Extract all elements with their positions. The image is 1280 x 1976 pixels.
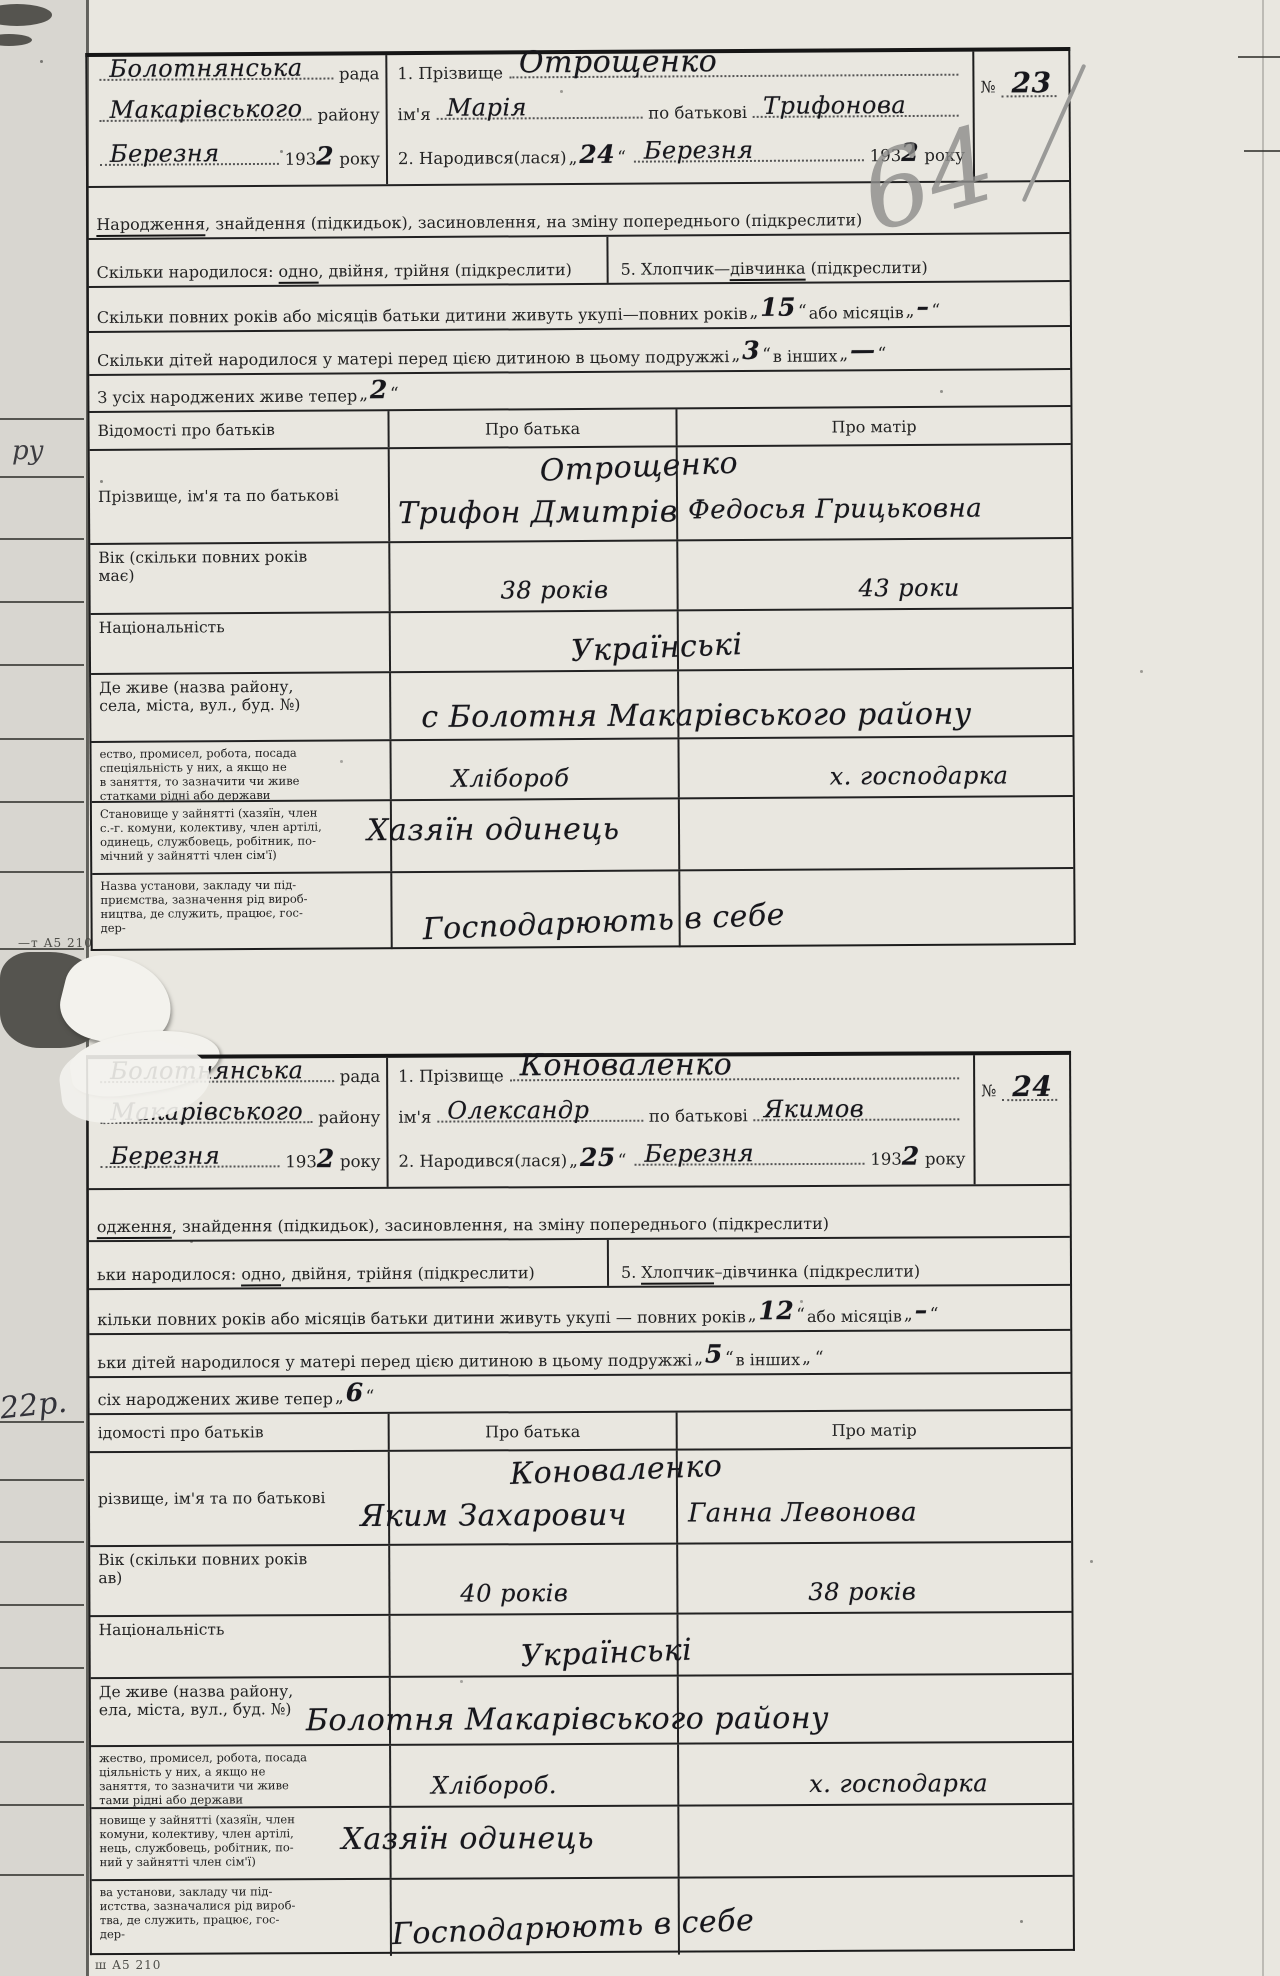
alive-now-value: 6	[346, 1379, 364, 1408]
occupation-label-line: жество, промисел, робота, посада	[99, 1750, 381, 1765]
previous-children-text: Скільки дітей народилося у матері перед …	[97, 348, 729, 370]
born-day-handwriting: 25	[580, 1143, 616, 1172]
multiplicity-underlined: одно	[278, 261, 318, 283]
form1-header-left: Болотнянська рада Макарівського району Б…	[87, 55, 388, 186]
year-digit-handwriting: 2	[317, 1144, 335, 1173]
social-status-handwriting: Хазяїн одинець	[341, 1821, 594, 1857]
occupation-row: ество, промисел, робота, посада спеціяль…	[91, 737, 1072, 803]
nationality-mother-cell	[678, 1613, 1071, 1675]
alive-now-row: сіх народжених живе тепер „6“	[89, 1374, 1070, 1415]
sex-rest: (підкреслити)	[798, 1261, 920, 1281]
social-status-row: Становище у зайнятті (хазяїн, член с.-г.…	[92, 797, 1073, 875]
mother-age-handwriting: 38 років	[808, 1578, 916, 1606]
residence-label-line2: села, міста, вул., буд. №)	[99, 696, 300, 715]
record-number-box: № 24	[973, 1055, 1070, 1184]
father-name-handwriting: Трифон Дмитрів	[398, 494, 678, 531]
sex-boy: Хлопчик	[641, 259, 714, 278]
margin-ruled-line	[0, 1604, 84, 1606]
social-status-label-line: комуни, колективу, член артілі,	[99, 1826, 381, 1841]
residence-row: Де живе (назва району, ела, міста, вул.,…	[91, 1675, 1072, 1747]
rayon-handwriting: Макарівського	[110, 95, 303, 124]
father-occupation-cell: Хлібороб	[391, 739, 679, 799]
margin-ruled-line	[0, 738, 84, 740]
event-type-rest: , знайдення (підкидьок), засиновлення, н…	[172, 1214, 829, 1236]
previous-children-value: 3	[742, 337, 760, 366]
months-value: –	[916, 293, 929, 322]
name-handwriting: Олександр	[447, 1096, 589, 1125]
margin-ruled-line	[0, 664, 84, 666]
sex-cell: 5. Хлопчик—дівчинка (підкреслити)	[608, 230, 1069, 283]
social-status-mother-cell	[679, 1805, 1072, 1877]
patronymic-handwriting: Трифонова	[763, 91, 906, 120]
sex-boy-underlined: Хлопчик	[641, 1262, 714, 1284]
alive-now-text: З усіх народжених живе тепер	[97, 387, 357, 407]
rada-handwriting: Болотнянська	[109, 54, 302, 83]
in-others-value: —	[850, 336, 876, 365]
surname-handwriting: Коноваленко	[520, 1047, 733, 1083]
age-label: Вік (скільки повних років має)	[90, 543, 390, 613]
sex-cell: 5. Хлопчик–дівчинка (підкреслити)	[609, 1234, 1070, 1286]
margin-ruled-line	[0, 1667, 84, 1669]
rayon-label: району	[318, 1108, 380, 1127]
mother-occupation-handwriting: х. господарка	[830, 761, 1009, 790]
in-others-text: в інших	[773, 347, 838, 366]
previous-children-value: 5	[705, 1341, 723, 1370]
year-prefix: 193	[870, 1150, 902, 1169]
name-line: ім'я Олександр по батькові Якимов	[398, 1100, 965, 1143]
paper-specks	[40, 60, 43, 63]
years-together-value: 15	[760, 294, 796, 323]
mother-age-cell: 38 років	[678, 1543, 1071, 1613]
margin-ruled-line	[0, 1874, 84, 1876]
organization-label: ва установи, закладу чи під- истства, за…	[92, 1880, 392, 1957]
years-together-text: Скільки повних років або місяців батьки …	[97, 305, 748, 327]
in-others-text: в інших	[736, 1351, 801, 1370]
number-label: №	[980, 77, 995, 96]
social-status-row: новище у зайнятті (хазяїн, член комуни, …	[91, 1805, 1072, 1881]
age-row: Вік (скільки повних років має) 38 років …	[90, 539, 1071, 615]
organization-label-line: тва, де служить, працює, гос-	[100, 1912, 382, 1927]
organization-row: Назва установи, закладу чи під- приємств…	[92, 869, 1073, 951]
rada-label: рада	[340, 1067, 380, 1086]
social-status-label-line: нець, службовець, робітник, по-	[99, 1840, 381, 1855]
multiplicity-prefix: ьки народилося:	[97, 1264, 241, 1284]
age-row: Вік (скільки повних років ав) 40 років 3…	[90, 1543, 1071, 1617]
social-status-label-line: мічний у зайнятті член сім'ї)	[100, 847, 382, 863]
multiplicity-prefix: Скільки народилося:	[97, 261, 279, 281]
rada-label: рада	[339, 64, 380, 83]
multiplicity-rest: , двійня, трійня (підкреслити)	[281, 1263, 535, 1283]
social-status-label-line: ний у зайнятті член сім'ї)	[100, 1854, 382, 1869]
residence-label-line1: Де живе (назва району,	[99, 678, 293, 697]
event-type-underlined: одження	[97, 1216, 172, 1238]
previous-children-row: ьки дітей народилося у матері перед цією…	[89, 1331, 1070, 1378]
parents-name-row: Прізвище, ім'я та по батькові Трифон Дми…	[90, 445, 1072, 545]
occupation-label: ество, промисел, робота, посада спеціяль…	[91, 741, 391, 801]
birth-record-form-2: Болотнянська рада Макарівського району Б…	[86, 1051, 1075, 1955]
social-status-label-line: новище у зайнятті (хазяїн, член	[99, 1812, 381, 1827]
occupation-row: жество, промисел, робота, посада ціяльні…	[91, 1743, 1072, 1809]
organization-label-line: ва установи, закладу чи під-	[100, 1884, 382, 1899]
sex-girl: дівчинка	[722, 1262, 798, 1281]
margin-ruled-line	[0, 601, 84, 603]
or-months-text: або місяців	[809, 304, 904, 323]
sex-girl-underlined: дівчинка	[730, 258, 806, 280]
parents-name-label: Прізвище, ім'я та по батькові	[90, 449, 391, 543]
residence-handwriting: с Болотня Макарівського району	[421, 697, 972, 735]
year-digit-handwriting: 2	[902, 1142, 920, 1171]
years-together-row: Скільки повних років або місяців батьки …	[89, 282, 1070, 333]
or-months-text: або місяців	[807, 1307, 902, 1326]
organization-label-line: дер-	[100, 1926, 382, 1941]
edge-scan-line	[1238, 56, 1280, 58]
parents-info-header: ідомості про батьків	[90, 1414, 390, 1451]
mother-column-header: Про матір	[677, 407, 1070, 445]
father-age-cell: 40 років	[390, 1545, 678, 1614]
mother-name-handwriting: Ганна Левонова	[688, 1498, 917, 1529]
age-label-line1: Вік (скільки повних років	[98, 1550, 307, 1569]
surname-label: 1. Прізвище	[397, 64, 503, 84]
organization-label-line: истства, зазначалися рід вироб-	[100, 1898, 382, 1913]
multiplicity-cell: ьки народилося: одно, двійня, трійня (пі…	[89, 1240, 609, 1288]
mother-occupation-cell: х. господарка	[679, 1743, 1072, 1805]
born-label: 2. Народився(лася)	[398, 1151, 567, 1171]
alive-now-value: 2	[370, 376, 388, 405]
name-label: ім'я	[398, 1108, 431, 1127]
occupation-label-line: ціяльність у них, а якщо не	[99, 1764, 381, 1779]
age-label-line2: ав)	[98, 1569, 122, 1587]
nationality-handwriting: Українські	[520, 1633, 693, 1675]
born-line: 2. Народився(лася) „25“ Березня 193 2 ро…	[398, 1141, 965, 1184]
parents-name-label: різвище, ім'я та по батькові	[90, 1452, 390, 1545]
mother-column-header: Про матір	[678, 1411, 1071, 1449]
parents-table-header: Відомості про батьків Про батька Про мат…	[89, 407, 1070, 451]
mother-occupation-cell: х. господарка	[679, 737, 1072, 797]
parents-name-row: різвище, ім'я та по батькові Яким Захаро…	[90, 1449, 1071, 1547]
form2-header-main: 1. Прізвище Коноваленко ім'я Олександр п…	[388, 1055, 974, 1187]
residence-label: Де живе (назва району, села, міста, вул.…	[91, 673, 391, 741]
nationality-handwriting: Українські	[570, 627, 743, 669]
margin-ruled-line	[0, 538, 84, 540]
multiplicity-rest: , двійня, трійня (підкреслити)	[318, 260, 572, 281]
years-together-text: кільки повних років або місяців батьки д…	[97, 1308, 746, 1329]
date-line: Березня 193 2 року	[94, 1144, 380, 1186]
father-occupation-handwriting: Хлібороб.	[431, 1771, 557, 1800]
years-together-value: 12	[758, 1297, 794, 1326]
multiplicity-sex-row: ьки народилося: одно, двійня, трійня (пі…	[89, 1238, 1070, 1290]
residence-label-line2: ела, міста, вул., буд. №)	[99, 1700, 292, 1719]
margin-handwritten-note: 22р.	[0, 1385, 69, 1427]
event-type-underlined: Народження	[96, 214, 205, 237]
father-occupation-cell: Хлібороб.	[391, 1745, 679, 1806]
event-type-rest: , знайдення (підкидьок), засиновлення, н…	[205, 210, 862, 233]
form-code-stamp: ш А5 210	[95, 1958, 161, 1972]
mother-name-handwriting: Федосья Грицьковна	[688, 494, 982, 526]
sex-item-number: 5.	[621, 259, 641, 278]
father-age-cell: 38 років	[390, 541, 678, 611]
year-prefix: 193	[285, 150, 317, 169]
occupation-label: жество, промисел, робота, посада ціяльні…	[91, 1746, 391, 1807]
alive-now-text: сіх народжених живе тепер	[98, 1390, 333, 1409]
previous-children-text: ьки дітей народилося у матері перед цією…	[97, 1351, 692, 1372]
margin-ruled-line	[0, 1741, 84, 1743]
date-line: Березня 193 2 року	[94, 141, 380, 184]
parents-info-header: Відомості про батьків	[89, 411, 389, 449]
record-number-handwriting: 23	[1012, 66, 1052, 99]
name-handwriting: Марія	[447, 93, 527, 121]
years-together-row: кільки повних років або місяців батьки д…	[89, 1286, 1070, 1335]
number-label: №	[981, 1081, 996, 1100]
residence-handwriting: Болотня Макарівського району	[306, 1701, 829, 1738]
sex-dash: —	[714, 259, 730, 278]
mother-occupation-handwriting: х. господарка	[809, 1769, 988, 1798]
patronymic-label: по батькові	[649, 1106, 748, 1125]
multiplicity-underlined: одно	[241, 1264, 281, 1286]
born-day-handwriting: 24	[579, 140, 615, 169]
months-value: –	[915, 1297, 928, 1326]
sex-item-number: 5.	[621, 1262, 641, 1281]
father-age-handwriting: 38 років	[500, 576, 608, 605]
born-label: 2. Народився(лася)	[398, 148, 567, 168]
born-month-handwriting: Березня	[644, 136, 754, 165]
rayon-line: Макарівського району	[94, 100, 380, 143]
born-month-handwriting: Березня	[644, 1139, 754, 1167]
organization-row: ва установи, закладу чи під- истства, за…	[92, 1877, 1073, 1957]
nationality-row: Національність Українські	[91, 609, 1072, 675]
multiplicity-cell: Скільки народилося: одно, двійня, трійня…	[88, 237, 608, 286]
organization-label-line: дер-	[101, 919, 383, 935]
surname-handwriting: Отрощенко	[519, 44, 718, 80]
margin-ruled-line	[0, 476, 84, 478]
roku-label: року	[340, 1152, 381, 1171]
mother-age-cell: 43 роки	[678, 539, 1071, 609]
mother-age-handwriting: 43 роки	[858, 574, 959, 603]
patronymic-label: по батькові	[648, 103, 747, 123]
nationality-row: Національність Українські	[90, 1613, 1071, 1679]
nationality-label: Національність	[90, 1616, 390, 1677]
father-occupation-handwriting: Хлібороб	[452, 764, 570, 793]
month-handwriting: Березня	[110, 1142, 220, 1170]
form2-header: Болотнянська рада Макарівського району Б…	[88, 1055, 1070, 1190]
residence-row: Де живе (назва району, села, міста, вул.…	[91, 669, 1072, 743]
mother-name-cell: Ганна Левонова	[678, 1449, 1071, 1543]
father-column-header: Про батька	[389, 409, 677, 447]
roku-label: року	[925, 1149, 966, 1168]
margin-ruled-line	[0, 1541, 84, 1543]
social-status-handwriting: Хазяїн одинець	[367, 812, 620, 849]
margin-ruled-line	[0, 418, 84, 420]
margin-ruled-line	[0, 801, 84, 803]
social-status-label: Становище у зайнятті (хазяїн, член с.-г.…	[92, 801, 392, 873]
sex-rest: (підкреслити)	[805, 257, 927, 277]
form-code-stamp: —т А5 210	[18, 936, 93, 950]
father-column-header: Про батька	[390, 1413, 678, 1450]
organization-label: Назва установи, закладу чи під- приємств…	[92, 873, 392, 951]
nationality-label: Національність	[91, 613, 391, 673]
margin-ruled-line	[0, 871, 84, 873]
age-label-line1: Вік (скільки повних років	[98, 548, 307, 567]
father-name-handwriting: Яким Захарович	[360, 1498, 627, 1534]
patronymic-handwriting: Якимов	[764, 1095, 865, 1123]
age-label: Вік (скільки повних років ав)	[90, 1546, 390, 1615]
year-digit-handwriting: 2	[316, 141, 334, 170]
alive-now-row: З усіх народжених живе тепер „2“	[89, 370, 1070, 413]
scanned-document-page: ру 22р. —т А5 210 ш А5 210 64 Болотнянсь…	[0, 0, 1280, 1976]
parents-table-header: ідомості про батьків Про батька Про маті…	[90, 1411, 1071, 1453]
occupation-label-line: заняття, то зазначити чи живе	[99, 1778, 381, 1793]
margin-ruled-line	[0, 1804, 84, 1806]
year-prefix: 193	[285, 1152, 317, 1171]
residence-label-line1: Де живе (назва району,	[99, 1682, 293, 1701]
edge-scan-line	[1244, 150, 1280, 152]
occupation-label-line: тами рідні або держави	[99, 1792, 381, 1807]
surname-label: 1. Прізвище	[398, 1066, 504, 1085]
month-handwriting: Березня	[110, 139, 220, 168]
rayon-label: району	[318, 105, 380, 124]
roku-label: року	[339, 149, 380, 168]
record-number-handwriting: 24	[1012, 1070, 1052, 1103]
age-label-line2: має)	[98, 567, 134, 585]
margin-handwritten-note: ру	[12, 436, 44, 466]
previous-children-row: Скільки дітей народилося у матері перед …	[89, 327, 1070, 376]
social-status-mother-cell	[680, 797, 1073, 869]
right-paper-edge	[1262, 0, 1264, 1976]
father-age-handwriting: 40 років	[460, 1579, 568, 1607]
name-label: ім'я	[398, 105, 431, 124]
margin-ruled-line	[0, 1479, 84, 1481]
